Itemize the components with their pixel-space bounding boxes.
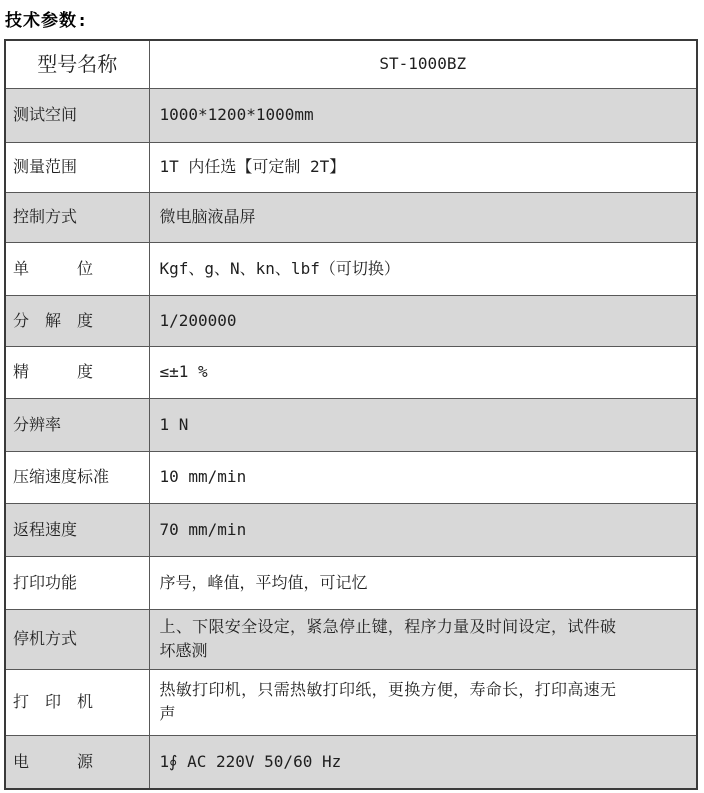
spec-table: 型号名称 ST-1000BZ 测试空间 1000*1200*1000mm 测量范… xyxy=(4,39,698,790)
table-row-stop-mode: 停机方式 上、下限安全设定，紧急停止键，程序力量及时间设定，试件破坏感测 xyxy=(5,609,697,669)
table-row-test-space: 测试空间 1000*1200*1000mm xyxy=(5,88,697,142)
spec-value-cell: 70 mm/min xyxy=(149,503,697,556)
spec-value-cell: 热敏打印机，只需热敏打印纸，更换方便，寿命长，打印高速无声 xyxy=(149,669,697,735)
spec-value-cell: 序号，峰值，平均值，可记忆 xyxy=(149,556,697,609)
table-row-unit: 单 位 Kgf、g、N、kn、lbf（可切换） xyxy=(5,242,697,295)
spec-value-cell: 1/200000 xyxy=(149,295,697,346)
spec-label-cell: 分辨率 xyxy=(5,398,149,451)
spec-value-cell: 1∮ AC 220V 50/60 Hz xyxy=(149,735,697,789)
spec-value-cell: 10 mm/min xyxy=(149,451,697,503)
table-row-model: 型号名称 ST-1000BZ xyxy=(5,40,697,88)
table-row-power: 电 源 1∮ AC 220V 50/60 Hz xyxy=(5,735,697,789)
spec-label-cell: 测试空间 xyxy=(5,88,149,142)
spec-table-body: 型号名称 ST-1000BZ 测试空间 1000*1200*1000mm 测量范… xyxy=(5,40,697,789)
spec-label-cell: 精 度 xyxy=(5,346,149,398)
spec-label-cell: 打印功能 xyxy=(5,556,149,609)
table-row-accuracy: 精 度 ≤±1 % xyxy=(5,346,697,398)
table-row-resolution-ratio: 分 解 度 1/200000 xyxy=(5,295,697,346)
table-row-print-function: 打印功能 序号，峰值，平均值，可记忆 xyxy=(5,556,697,609)
table-row-printer: 打 印 机 热敏打印机，只需热敏打印纸，更换方便，寿命长，打印高速无声 xyxy=(5,669,697,735)
spec-value-cell: 1T 内任选【可定制 2T】 xyxy=(149,142,697,192)
table-row-compression-speed: 压缩速度标准 10 mm/min xyxy=(5,451,697,503)
spec-label-cell: 测量范围 xyxy=(5,142,149,192)
table-row-return-speed: 返程速度 70 mm/min xyxy=(5,503,697,556)
page-title: 技术参数: xyxy=(5,6,704,31)
spec-label-cell: 分 解 度 xyxy=(5,295,149,346)
table-row-measure-range: 测量范围 1T 内任选【可定制 2T】 xyxy=(5,142,697,192)
spec-value-cell: ST-1000BZ xyxy=(149,40,697,88)
spec-label-cell: 返程速度 xyxy=(5,503,149,556)
spec-value-cell: 微电脑液晶屏 xyxy=(149,192,697,242)
spec-label-cell: 单 位 xyxy=(5,242,149,295)
spec-value-cell: ≤±1 % xyxy=(149,346,697,398)
spec-label-cell: 打 印 机 xyxy=(5,669,149,735)
spec-label-cell: 控制方式 xyxy=(5,192,149,242)
spec-value-cell: 上、下限安全设定，紧急停止键，程序力量及时间设定，试件破坏感测 xyxy=(149,609,697,669)
spec-value-cell: Kgf、g、N、kn、lbf（可切换） xyxy=(149,242,697,295)
table-row-control-mode: 控制方式 微电脑液晶屏 xyxy=(5,192,697,242)
table-row-display-resolution: 分辨率 1 N xyxy=(5,398,697,451)
spec-label-cell: 停机方式 xyxy=(5,609,149,669)
spec-label-cell: 型号名称 xyxy=(5,40,149,88)
spec-label-cell: 压缩速度标准 xyxy=(5,451,149,503)
spec-label-cell: 电 源 xyxy=(5,735,149,789)
spec-value-cell: 1 N xyxy=(149,398,697,451)
spec-value-cell: 1000*1200*1000mm xyxy=(149,88,697,142)
